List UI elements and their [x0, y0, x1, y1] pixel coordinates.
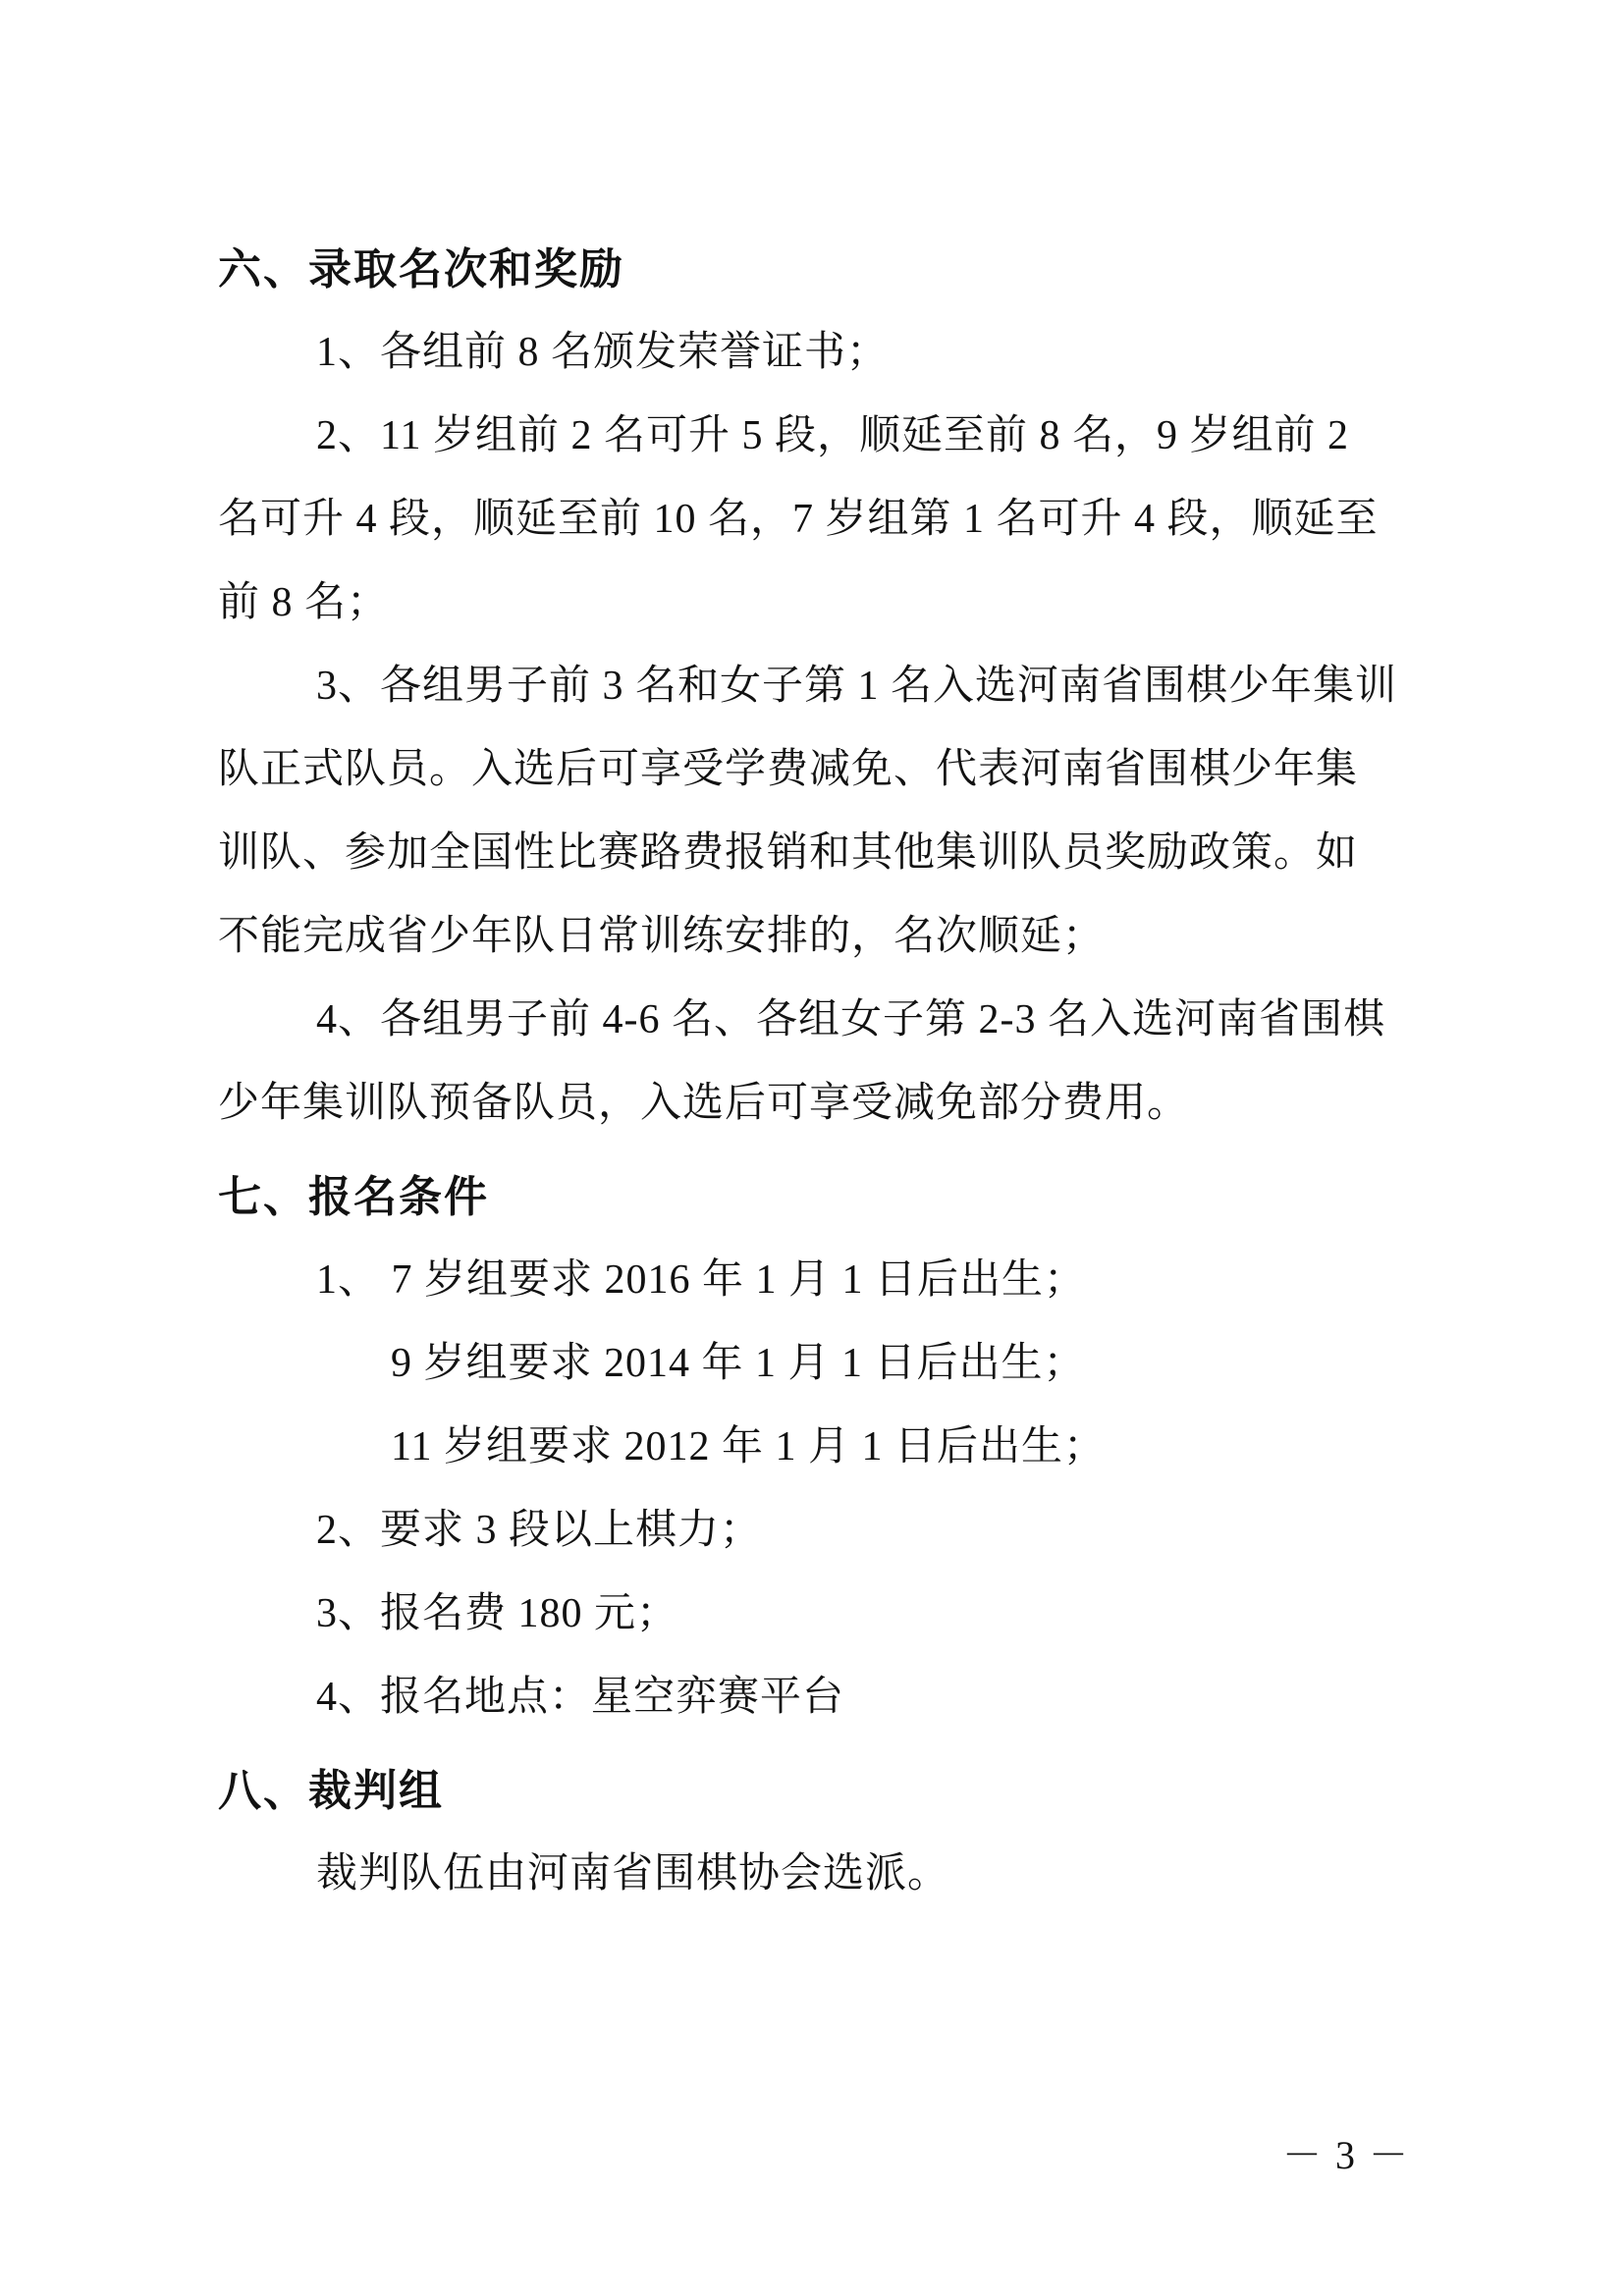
- doc-line: 1、 7 岁组要求 2016 年 1 月 1 日后出生；: [218, 1239, 1414, 1322]
- doc-line: 4、各组男子前 4-6 名、各组女子第 2-3 名入选河南省围棋: [218, 979, 1414, 1062]
- doc-line: 不能完成省少年队日常训练安排的，名次顺延；: [218, 895, 1414, 979]
- section-7-heading: 七、报名条件: [218, 1155, 1414, 1239]
- doc-line: 前 8 名；: [218, 561, 1414, 645]
- doc-line: 9 岁组要求 2014 年 1 月 1 日后出生；: [218, 1322, 1414, 1406]
- doc-line: 3、各组男子前 3 名和女子第 1 名入选河南省围棋少年集训: [218, 645, 1414, 728]
- doc-line: 2、要求 3 段以上棋力；: [218, 1489, 1414, 1573]
- document-page: 六、录取名次和奖励 1、各组前 8 名颁发荣誉证书； 2、11 岁组前 2 名可…: [0, 0, 1624, 2296]
- doc-line: 2、11 岁组前 2 名可升 5 段，顺延至前 8 名，9 岁组前 2: [218, 395, 1414, 478]
- doc-line: 4、报名地点：星空弈赛平台: [218, 1656, 1414, 1739]
- doc-line: 1、各组前 8 名颁发荣誉证书；: [218, 311, 1414, 395]
- section-6-heading: 六、录取名次和奖励: [218, 228, 1414, 311]
- document-text-block: 六、录取名次和奖励 1、各组前 8 名颁发荣誉证书； 2、11 岁组前 2 名可…: [218, 228, 1414, 1916]
- page-number: － 3 －: [1282, 2132, 1410, 2179]
- doc-line: 队正式队员。入选后可享受学费减免、代表河南省围棋少年集: [218, 728, 1414, 812]
- doc-line: 裁判队伍由河南省围棋协会选派。: [218, 1833, 1414, 1916]
- doc-line: 名可升 4 段，顺延至前 10 名，7 岁组第 1 名可升 4 段，顺延至: [218, 478, 1414, 561]
- doc-line: 11 岁组要求 2012 年 1 月 1 日后出生；: [218, 1406, 1414, 1489]
- doc-line: 3、报名费 180 元；: [218, 1573, 1414, 1656]
- section-8-heading: 八、裁判组: [218, 1749, 1414, 1833]
- doc-line: 训队、参加全国性比赛路费报销和其他集训队员奖励政策。如: [218, 812, 1414, 895]
- doc-line: 少年集训队预备队员，入选后可享受减免部分费用。: [218, 1062, 1414, 1146]
